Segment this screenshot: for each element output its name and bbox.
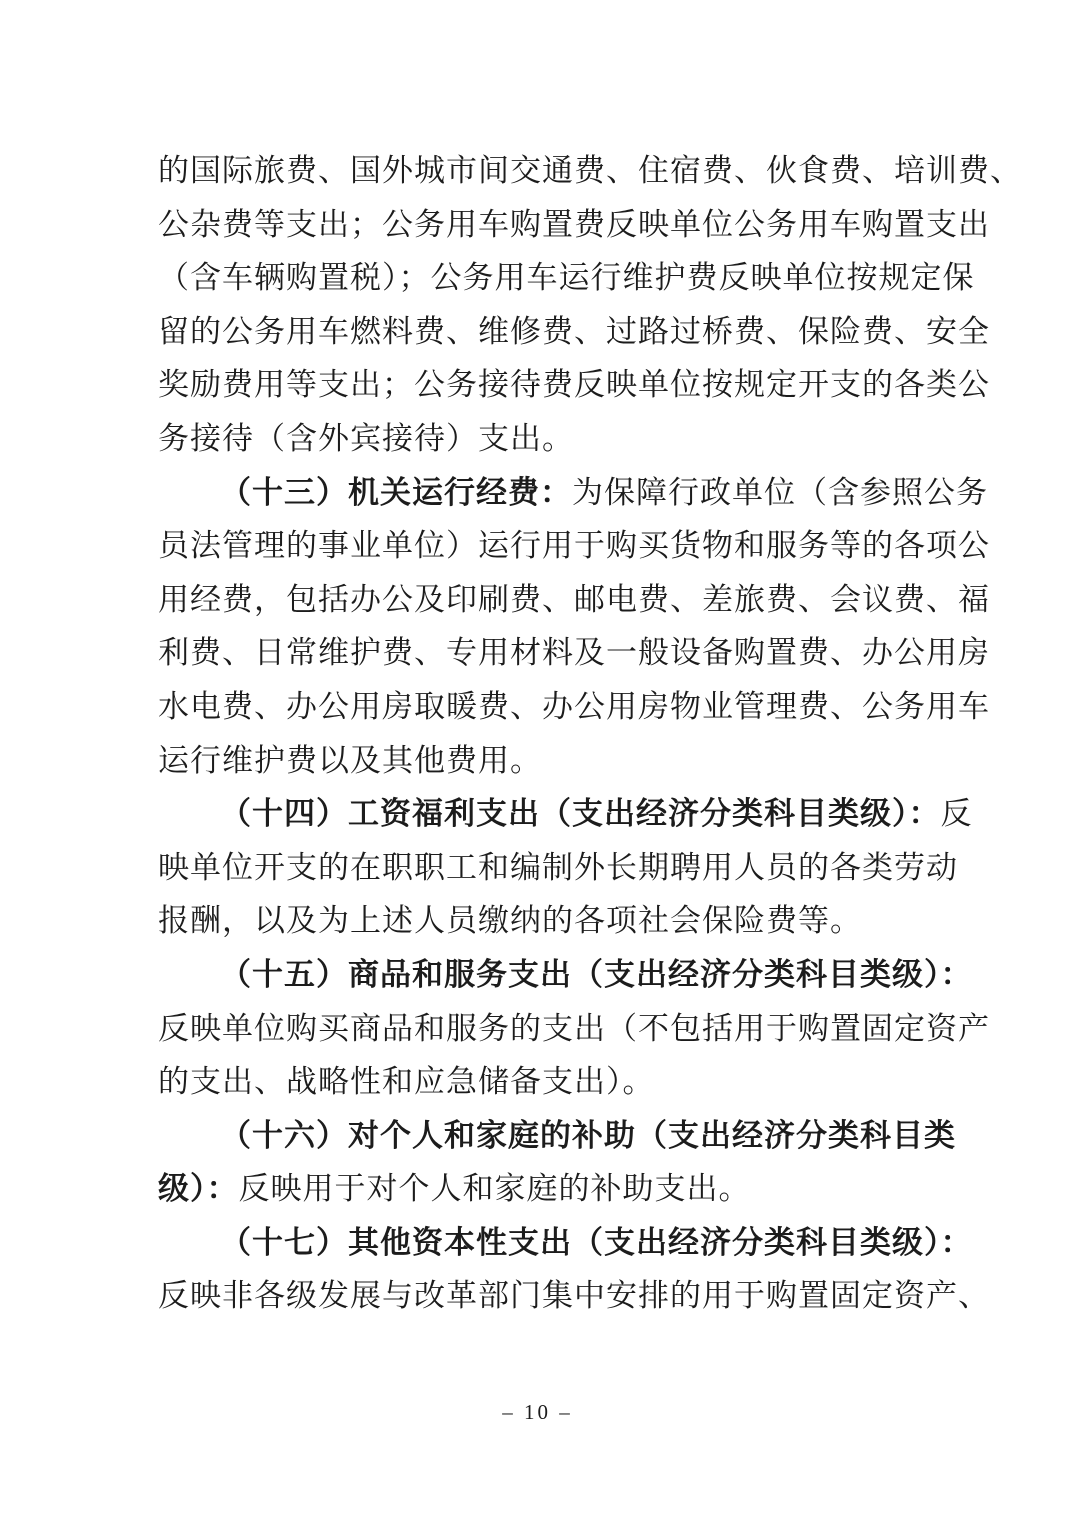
text-line: 报酬，以及为上述人员缴纳的各项社会保险费等。 [158,894,938,948]
body-text: 利费、日常维护费、专用材料及一般设备购置费、办公用房 [158,635,990,670]
text-line: （含车辆购置税）；公务用车运行维护费反映单位按规定保 [158,251,938,305]
text-line: 公杂费等支出；公务用车购置费反映单位公务用车购置支出 [158,198,938,252]
body-text: 的支出、战略性和应急储备支出）。 [158,1064,655,1099]
text-line: 反映单位购买商品和服务的支出（不包括用于购置固定资产 [158,1002,938,1056]
text-line: 务接待（含外宾接待）支出。 [158,412,938,466]
body-text: 留的公务用车燃料费、维修费、过路过桥费、保险费、安全 [158,314,990,349]
document-page: 的国际旅费、国外城市间交通费、住宿费、伙食费、培训费、公杂费等支出；公务用车购置… [0,0,1075,1520]
heading-text: （十七）其他资本性支出（支出经济分类科目类级）： [220,1225,973,1260]
body-text: 运行维护费以及其他费用。 [158,743,542,778]
text-line: 奖励费用等支出；公务接待费反映单位按规定开支的各类公 [158,358,938,412]
text-line: 的国际旅费、国外城市间交通费、住宿费、伙食费、培训费、 [158,144,938,198]
document-text: 的国际旅费、国外城市间交通费、住宿费、伙食费、培训费、公杂费等支出；公务用车购置… [158,144,938,1323]
body-text: 反 [941,796,973,831]
text-line: 员法管理的事业单位）运行用于购买货物和服务等的各项公 [158,519,938,573]
text-line: 留的公务用车燃料费、维修费、过路过桥费、保险费、安全 [158,305,938,359]
body-text: 奖励费用等支出；公务接待费反映单位按规定开支的各类公 [158,367,990,402]
text-line: 利费、日常维护费、专用材料及一般设备购置费、办公用房 [158,626,938,680]
page-number: – 10 – [502,1400,573,1424]
body-text: 映单位开支的在职职工和编制外长期聘用人员的各类劳动 [158,850,958,885]
heading-text: （十六）对个人和家庭的补助（支出经济分类科目类 [220,1118,956,1153]
text-line: （十五）商品和服务支出（支出经济分类科目类级）： [158,948,938,1002]
body-text: 反映用于对个人和家庭的补助支出。 [239,1171,751,1206]
text-line: （十七）其他资本性支出（支出经济分类科目类级）： [158,1216,938,1270]
text-line: 水电费、办公用房取暖费、办公用房物业管理费、公务用车 [158,680,938,734]
heading-text: （十四）工资福利支出（支出经济分类科目类级）： [220,796,941,831]
body-text: 水电费、办公用房取暖费、办公用房物业管理费、公务用车 [158,689,990,724]
body-text: 反映非各级发展与改革部门集中安排的用于购置固定资产、 [158,1278,990,1313]
text-line: 运行维护费以及其他费用。 [158,734,938,788]
body-text: 公杂费等支出；公务用车购置费反映单位公务用车购置支出 [158,207,990,242]
heading-text: 级）： [158,1171,239,1206]
body-text: 报酬，以及为上述人员缴纳的各项社会保险费等。 [158,903,862,938]
text-line: 映单位开支的在职职工和编制外长期聘用人员的各类劳动 [158,841,938,895]
text-line: （十六）对个人和家庭的补助（支出经济分类科目类 [158,1109,938,1163]
body-text: 务接待（含外宾接待）支出。 [158,421,574,456]
text-line: 用经费，包括办公及印刷费、邮电费、差旅费、会议费、福 [158,573,938,627]
text-line: （十三）机关运行经费：为保障行政单位（含参照公务 [158,466,938,520]
body-text: 员法管理的事业单位）运行用于购买货物和服务等的各项公 [158,528,990,563]
text-line: 反映非各级发展与改革部门集中安排的用于购置固定资产、 [158,1269,938,1323]
body-text: 用经费，包括办公及印刷费、邮电费、差旅费、会议费、福 [158,582,990,617]
body-text: 的国际旅费、国外城市间交通费、住宿费、伙食费、培训费、 [158,153,1022,188]
body-text: 反映单位购买商品和服务的支出（不包括用于购置固定资产 [158,1011,990,1046]
body-text: （含车辆购置税）；公务用车运行维护费反映单位按规定保 [158,260,975,295]
heading-text: （十五）商品和服务支出（支出经济分类科目类级）： [220,957,973,992]
text-line: 级）：反映用于对个人和家庭的补助支出。 [158,1162,938,1216]
text-line: （十四）工资福利支出（支出经济分类科目类级）：反 [158,787,938,841]
text-line: 的支出、战略性和应急储备支出）。 [158,1055,938,1109]
page-footer: – 10 – [0,1400,1075,1425]
heading-text: （十三）机关运行经费： [220,475,572,510]
body-text: 为保障行政单位（含参照公务 [572,475,988,510]
